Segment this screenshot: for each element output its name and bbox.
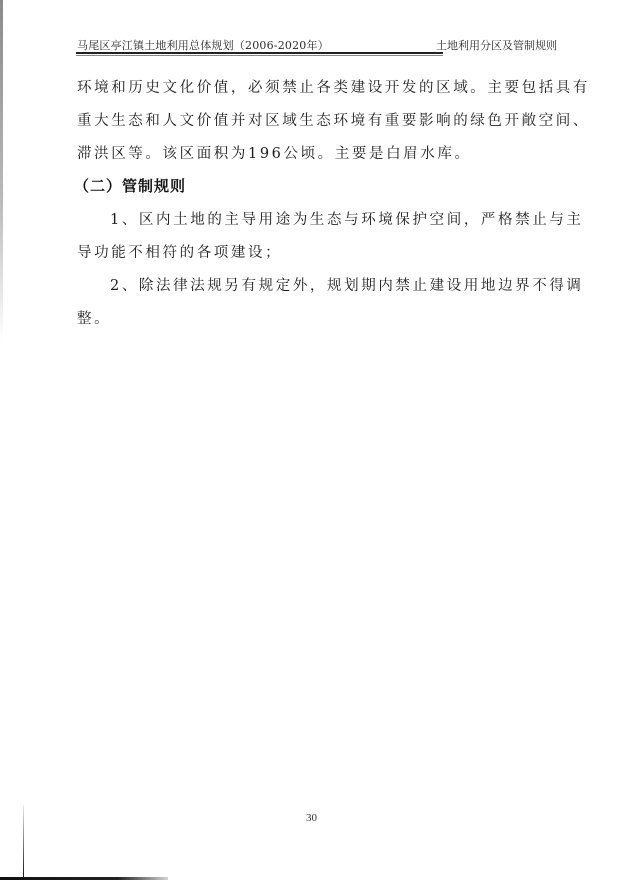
header-chapter-title: 土地利用分区及管制规则 — [436, 37, 557, 53]
section-heading: （二）管制规则 — [74, 175, 186, 196]
paragraph-line: 重大生态和人文价值并对区域生态环境有重要影响的绿色开敞空间、 — [77, 109, 517, 130]
scan-bottom-edge — [0, 877, 168, 880]
rule-item-2-line-2: 整。 — [77, 307, 517, 328]
paragraph-line: 滞洪区等。该区面积为196公顷。主要是白眉水库。 — [77, 142, 517, 163]
rule-item-1-line-2: 导功能不相符的各项建设； — [77, 241, 517, 262]
header-rule — [76, 52, 443, 54]
rule-item-2-line-1: 2、除法律法规另有规定外，规划期内禁止建设用地边界不得调 — [110, 274, 550, 295]
header-rule-thin — [76, 55, 443, 56]
binding-mark — [23, 805, 24, 878]
rule-item-1-line-1: 1、区内土地的主导用途为生态与环境保护空间，严格禁止与主 — [110, 208, 550, 229]
header-document-title: 马尾区亭江镇土地利用总体规划（2006-2020年） — [77, 37, 329, 53]
page-number: 30 — [306, 812, 317, 824]
paragraph-line: 环境和历史文化价值，必须禁止各类建设开发的区域。主要包括具有 — [77, 76, 517, 97]
scan-edge-shadow — [0, 0, 3, 340]
